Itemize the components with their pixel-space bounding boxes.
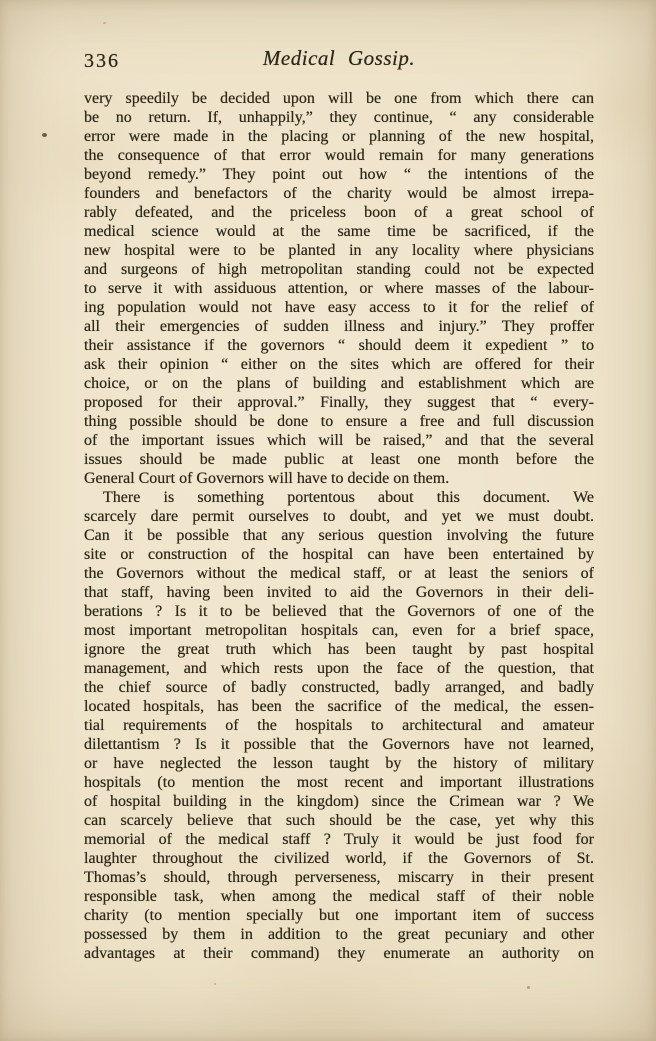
text-line: rably defeated, and the priceless boon o… xyxy=(84,203,594,222)
text-line: can scarcely believe that such should be… xyxy=(84,811,594,830)
text-line: that staff, having been invited to aid t… xyxy=(84,583,594,602)
text-line: responsible task, when among the medical… xyxy=(84,887,594,906)
text-line: the chief source of badly constructed, b… xyxy=(84,678,594,697)
page-body: very speedily be decided upon will be on… xyxy=(84,89,594,963)
paper-speck xyxy=(103,22,106,24)
text-line: founders and benefactors of the charity … xyxy=(84,184,594,203)
running-header-title: Medical Gossip. xyxy=(84,46,594,71)
text-line: charity (to mention specially but one im… xyxy=(84,906,594,925)
text-line: dilettantism ? Is it possible that the G… xyxy=(84,735,594,754)
paper-speck xyxy=(214,983,216,985)
text-line: issues should be made public at least on… xyxy=(84,450,594,469)
text-line: site or construction of the hospital can… xyxy=(84,545,594,564)
text-line: all their emergencies of sudden illness … xyxy=(84,317,594,336)
text-line: berations ? Is it to be believed that th… xyxy=(84,602,594,621)
paragraph: There is something portentous about this… xyxy=(84,488,594,963)
text-line: very speedily be decided upon will be on… xyxy=(84,89,594,108)
text-line: Thomas’s should, through perverseness, m… xyxy=(84,868,594,887)
paper-speck xyxy=(42,133,47,137)
text-line: and surgeons of high metropolitan standi… xyxy=(84,260,594,279)
text-line: ignore the great truth which has been ta… xyxy=(84,640,594,659)
text-line: the consequence of that error would rema… xyxy=(84,146,594,165)
running-header: 336 Medical Gossip. xyxy=(84,46,594,78)
paper-speck xyxy=(527,986,530,989)
text-line: memorial of the medical staff ? Truly it… xyxy=(84,830,594,849)
paragraph: very speedily be decided upon will be on… xyxy=(84,89,594,488)
text-line: or have neglected the lesson taught by t… xyxy=(84,754,594,773)
text-line: beyond remedy.” They point out how “ the… xyxy=(84,165,594,184)
text-line: management, and which rests upon the fac… xyxy=(84,659,594,678)
text-line: new hospital were to be planted in any l… xyxy=(84,241,594,260)
text-line: possessed by them in addition to the gre… xyxy=(84,925,594,944)
text-line: ask their opinion “ either on the sites … xyxy=(84,355,594,374)
scanned-book-page: 336 Medical Gossip. very speedily be dec… xyxy=(0,0,656,1041)
text-line: hospitals (to mention the most recent an… xyxy=(84,773,594,792)
text-line: advantages at their command) they enumer… xyxy=(84,944,594,963)
text-line: error were made in the placing or planni… xyxy=(84,127,594,146)
text-line: proposed for their approval.” Finally, t… xyxy=(84,393,594,412)
text-line: ing population would not have easy acces… xyxy=(84,298,594,317)
text-line: choice, or on the plans of building and … xyxy=(84,374,594,393)
text-line: of hospital building in the kingdom) sin… xyxy=(84,792,594,811)
text-line: There is something portentous about this… xyxy=(84,488,594,507)
text-line: located hospitals, has been the sacrific… xyxy=(84,697,594,716)
text-line: Can it be possible that any serious ques… xyxy=(84,526,594,545)
text-line: thing possible should be done to ensure … xyxy=(84,412,594,431)
text-line: their assistance if the governors “ shou… xyxy=(84,336,594,355)
text-line: medical science would at the same time b… xyxy=(84,222,594,241)
text-line: tial requirements of the hospitals to ar… xyxy=(84,716,594,735)
text-line: scarcely dare permit ourselves to doubt,… xyxy=(84,507,594,526)
text-line: the Governors without the medical staff,… xyxy=(84,564,594,583)
text-line: General Court of Governors will have to … xyxy=(84,469,594,488)
text-line: of the important issues which will be ra… xyxy=(84,431,594,450)
text-line: most important metropolitan hospitals ca… xyxy=(84,621,594,640)
text-line: be no return. If, unhappily,” they conti… xyxy=(84,108,594,127)
text-line: to serve it with assiduous attention, or… xyxy=(84,279,594,298)
text-line: laughter throughout the civilized world,… xyxy=(84,849,594,868)
